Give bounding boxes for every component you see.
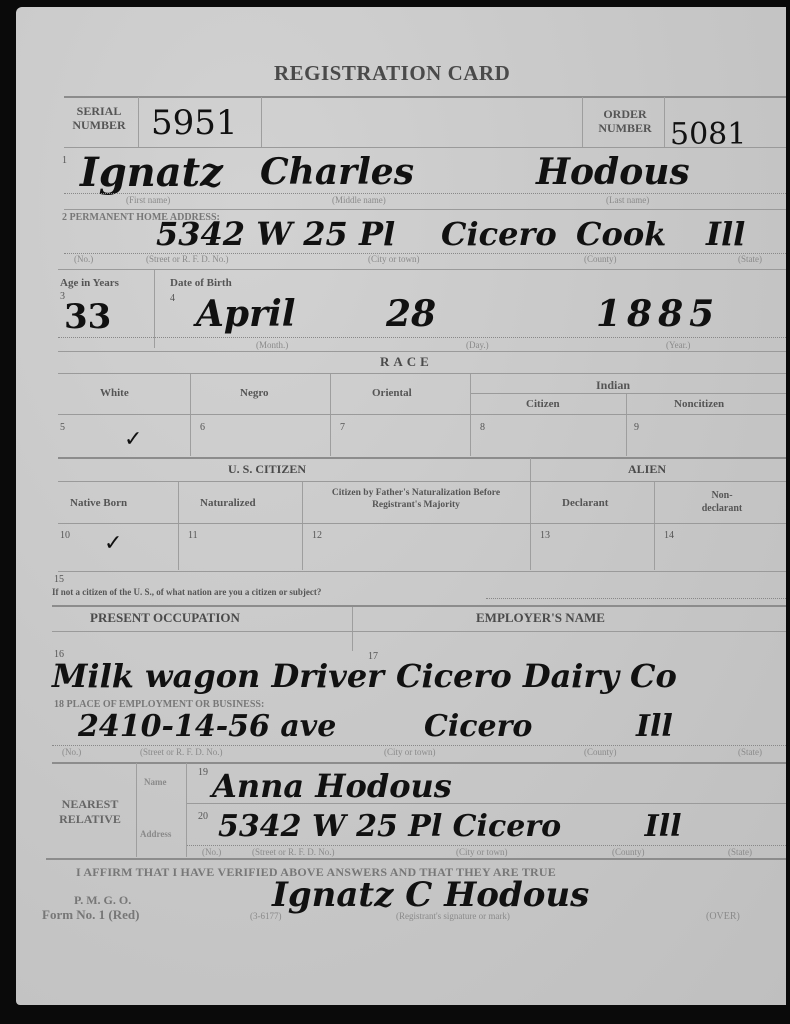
caption: (County) — [584, 747, 617, 757]
caption: (No.) — [62, 747, 81, 757]
divider — [530, 458, 531, 570]
divider — [58, 373, 786, 374]
field-number: 10 — [60, 530, 70, 541]
divider — [136, 763, 137, 857]
employer-heading: EMPLOYER'S NAME — [476, 610, 605, 626]
dotted-line — [486, 598, 786, 599]
registrant-signature: Ignatz C Hodous — [272, 875, 589, 915]
dob-month-value: April — [196, 293, 295, 335]
divider — [471, 393, 786, 394]
field-number: 20 — [198, 811, 208, 822]
divider — [58, 457, 786, 459]
signature-caption: (Registrant's signature or mark) — [396, 911, 510, 921]
divider — [352, 607, 353, 651]
age-label: Age in Years — [60, 277, 119, 289]
serial-number-value: 5951 — [151, 103, 238, 143]
card-title: REGISTRATION CARD — [274, 61, 510, 86]
divider — [58, 351, 786, 352]
employment-street-value: 2410-14-56 ave — [78, 709, 336, 744]
native-born-checkbox[interactable]: ✓ — [104, 531, 122, 556]
alien-col-non-declarant: Non-declarant — [692, 489, 752, 515]
caption: (Last name) — [606, 195, 649, 205]
divider — [64, 209, 786, 210]
field-number: 15 — [54, 574, 64, 585]
serial-number-label: SERIAL NUMBER — [66, 104, 132, 132]
caption: (State) — [738, 747, 762, 757]
field-number: 13 — [540, 530, 550, 541]
divider — [190, 374, 191, 456]
dotted-line — [64, 193, 786, 194]
registration-card: REGISTRATION CARD SERIAL NUMBER 5951 ORD… — [16, 7, 786, 1005]
order-number-label: ORDER NUMBER — [586, 107, 664, 135]
us-citizen-heading: U. S. CITIZEN — [228, 462, 306, 477]
caption: (First name) — [126, 195, 170, 205]
race-col-oriental: Oriental — [372, 387, 412, 399]
field-number: 8 — [480, 422, 485, 433]
divider — [664, 97, 665, 147]
dob-day-value: 28 — [386, 293, 436, 335]
divider — [330, 374, 331, 456]
caption: (County) — [584, 254, 617, 264]
divider — [302, 482, 303, 570]
field-number: 9 — [634, 422, 639, 433]
field15-question: If not a citizen of the U. S., of what n… — [52, 587, 321, 597]
last-name-value: Hodous — [536, 151, 690, 193]
relative-address-label: Address — [140, 829, 171, 839]
caption: (City or town) — [384, 747, 436, 757]
divider — [58, 523, 786, 524]
divider — [582, 97, 583, 147]
relative-name-value: Anna Hodous — [212, 767, 452, 805]
first-name-value: Ignatz — [80, 149, 223, 196]
divider — [261, 97, 262, 147]
caption: (Street or R. F. D. No.) — [252, 847, 335, 857]
form-number-label: Form No. 1 (Red) — [42, 907, 139, 923]
race-col-indian-noncitizen: Noncitizen — [674, 398, 724, 410]
home-street-value: 5342 W 25 Pl — [156, 215, 395, 253]
employment-state-value: Ill — [636, 709, 673, 744]
divider — [470, 374, 471, 456]
race-col-white: White — [100, 387, 129, 399]
home-county-value: Cook — [576, 215, 666, 253]
field-number: 12 — [312, 530, 322, 541]
divider — [626, 394, 627, 456]
dotted-line — [52, 745, 786, 746]
employer-value: Cicero Dairy Co — [396, 657, 677, 695]
nearest-relative-label: NEAREST RELATIVE — [50, 797, 130, 827]
field-number: 5 — [60, 422, 65, 433]
citizen-col-naturalized: Naturalized — [200, 497, 256, 509]
age-value: 33 — [64, 297, 111, 337]
relative-name-label: Name — [144, 777, 167, 787]
home-state-value: Ill — [706, 215, 745, 253]
caption: (Middle name) — [332, 195, 386, 205]
caption: (Street or R. F. D. No.) — [146, 254, 229, 264]
divider — [52, 762, 786, 764]
middle-name-value: Charles — [260, 151, 414, 193]
divider — [64, 147, 786, 148]
caption: (No.) — [202, 847, 221, 857]
occupation-heading: PRESENT OCCUPATION — [90, 610, 240, 626]
race-col-indian: Indian — [596, 378, 630, 393]
caption: (Day.) — [466, 340, 489, 350]
race-col-negro: Negro — [240, 387, 269, 399]
divider — [178, 482, 179, 570]
relative-address-value: 5342 W 25 Pl Cicero Ill — [218, 809, 682, 844]
home-city-value: Cicero — [441, 215, 557, 253]
occupation-value: Milk wagon Driver — [52, 657, 384, 695]
caption: (County) — [612, 847, 645, 857]
caption: (State) — [738, 254, 762, 264]
divider — [58, 414, 786, 415]
citizen-col-by-father: Citizen by Father's Naturalization Befor… — [316, 487, 516, 511]
field-number: 11 — [188, 530, 198, 541]
divider — [138, 97, 139, 147]
divider — [187, 803, 786, 804]
citizen-col-native-born: Native Born — [70, 497, 127, 509]
divider — [58, 571, 786, 572]
dotted-line — [187, 845, 786, 846]
caption: (City or town) — [456, 847, 508, 857]
field-number: 1 — [62, 155, 67, 166]
divider — [46, 858, 786, 860]
alien-heading: ALIEN — [628, 462, 666, 477]
race-white-checkbox[interactable]: ✓ — [124, 427, 142, 452]
caption: (City or town) — [368, 254, 420, 264]
dob-year-value: 1885 — [596, 293, 720, 335]
employment-city-value: Cicero — [424, 709, 532, 744]
dob-label: Date of Birth — [170, 277, 232, 289]
field-number: 19 — [198, 767, 208, 778]
field-number: 14 — [664, 530, 674, 541]
pmgo-label: P. M. G. O. — [74, 893, 131, 908]
race-heading: RACE — [380, 354, 433, 370]
caption: (State) — [728, 847, 752, 857]
caption: (No.) — [74, 254, 93, 264]
dotted-line — [58, 337, 786, 338]
print-code: (3-6177) — [250, 911, 282, 921]
divider — [58, 481, 786, 482]
over-label: (OVER) — [706, 911, 740, 922]
caption: (Street or R. F. D. No.) — [140, 747, 223, 757]
divider — [52, 631, 786, 632]
race-col-indian-citizen: Citizen — [526, 398, 560, 410]
field-number: 7 — [340, 422, 345, 433]
alien-col-declarant: Declarant — [562, 497, 608, 509]
divider — [58, 269, 786, 270]
divider — [186, 763, 187, 857]
divider — [52, 605, 786, 607]
caption: (Month.) — [256, 340, 288, 350]
divider — [64, 96, 786, 98]
field-number: 4 — [170, 293, 175, 304]
field-number: 6 — [200, 422, 205, 433]
divider — [654, 482, 655, 570]
caption: (Year.) — [666, 340, 690, 350]
